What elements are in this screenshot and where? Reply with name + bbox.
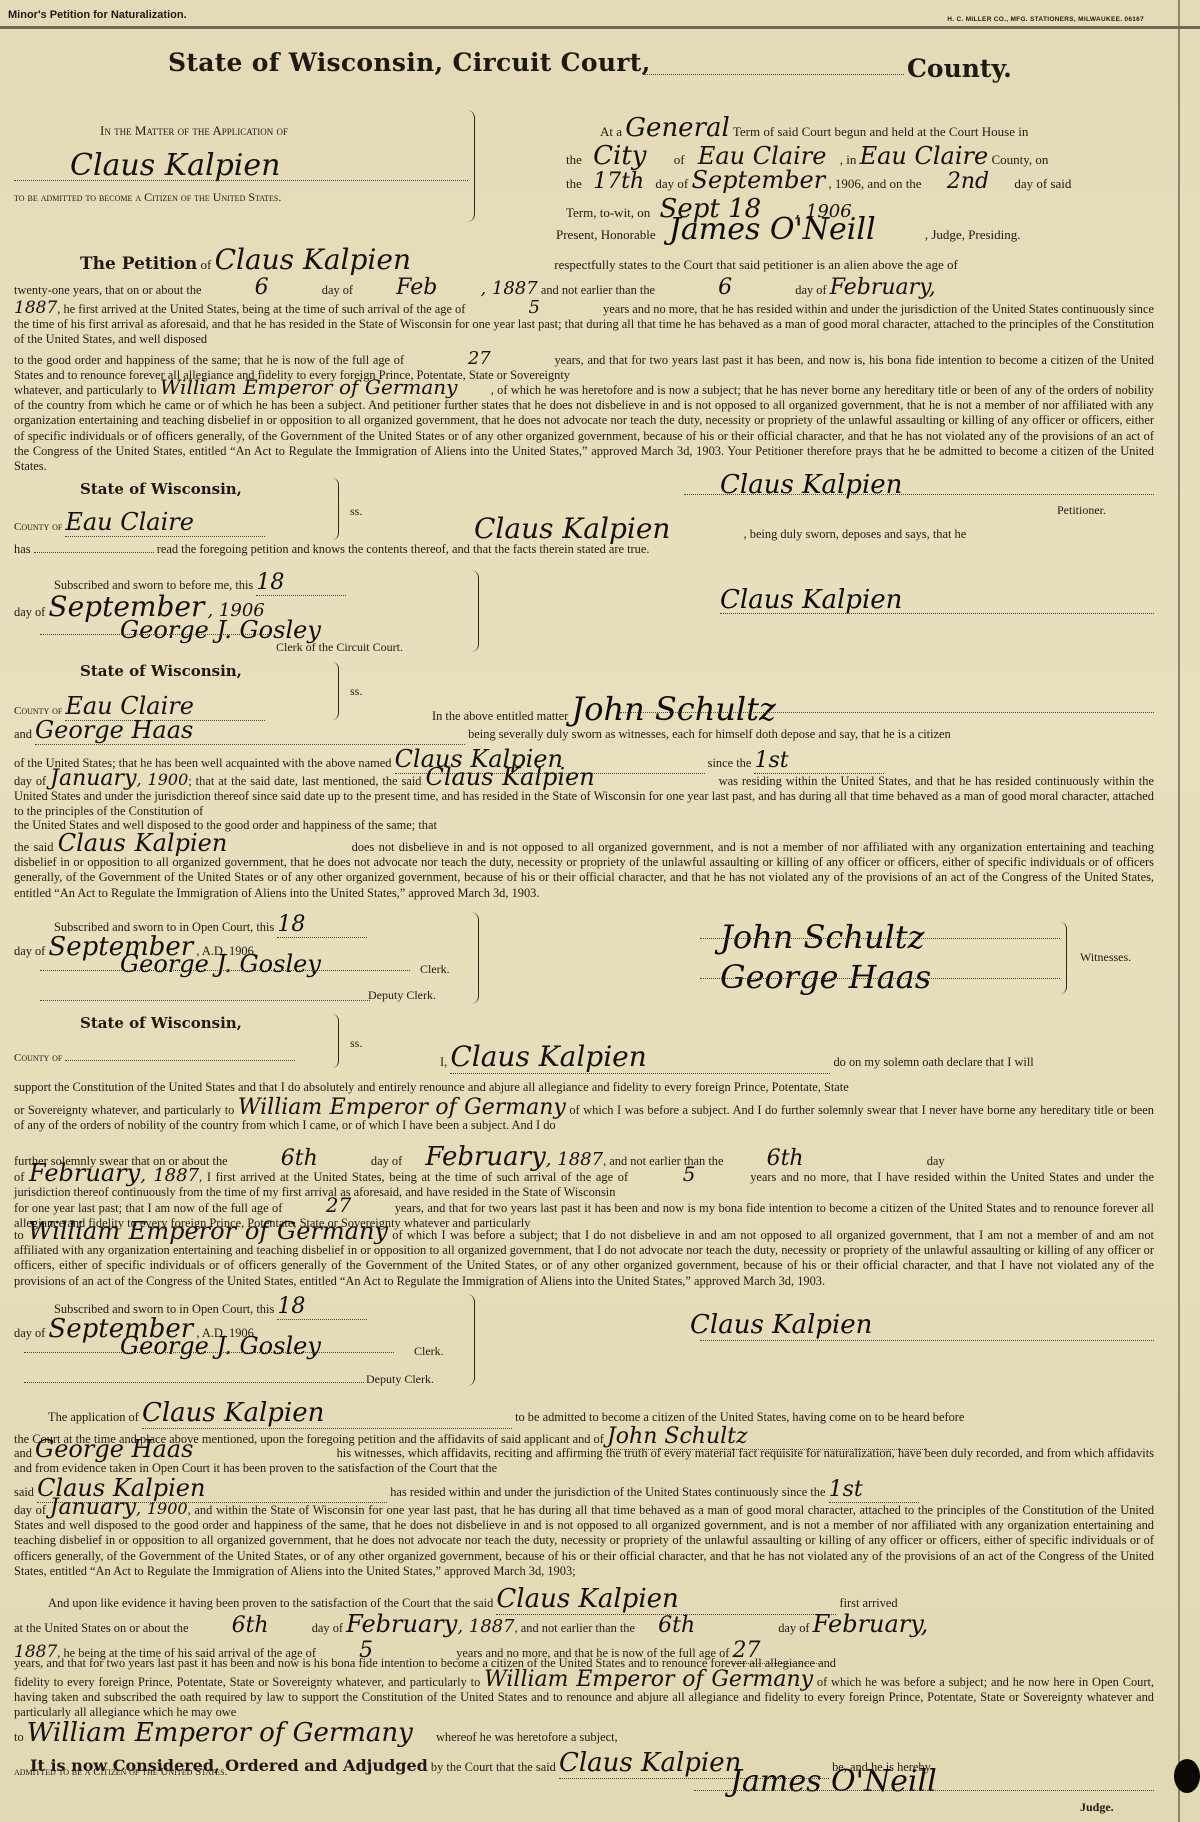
page-edge: [1178, 0, 1180, 1822]
petition-body-3: whatever, and particularly to William Em…: [14, 380, 1154, 474]
read-line: has read the foregoing petition and know…: [14, 542, 649, 557]
petition-lead: The Petition of Claus Kalpien respectful…: [80, 243, 958, 276]
matter-label: In the Matter of the Application of: [100, 123, 288, 139]
date-line: the 17th day of September , 1906, and on…: [566, 166, 1071, 194]
petition-body-1: 1887, he first arrived at the United Sta…: [14, 300, 1154, 348]
not-earlier-month: February,: [830, 275, 936, 300]
county-heading: County.: [907, 54, 1012, 83]
sworn-name: Claus Kalpien: [474, 512, 670, 545]
court-heading: State of Wisconsin, Circuit Court,: [168, 48, 651, 77]
header-rule: [0, 26, 1200, 29]
not-earlier-day: 6: [718, 275, 732, 300]
applicant-line: [14, 180, 468, 181]
clerk-label: Clerk of the Circuit Court.: [276, 640, 403, 655]
begun-day: 17th: [593, 169, 644, 194]
arrival-age: 5: [528, 297, 539, 318]
begun-month: September: [692, 166, 826, 194]
applicant-name: Claus Kalpien: [70, 148, 280, 183]
sworn-line: Claus Kalpien , being duly sworn, depose…: [474, 512, 966, 545]
term-type: General: [625, 113, 730, 143]
applicant-oath-signature: Claus Kalpien: [690, 1310, 872, 1340]
state-label: State of Wisconsin,: [80, 480, 242, 498]
admit-label: to be admitted to become a Citizen of th…: [14, 190, 281, 205]
punch-hole: [1174, 1759, 1200, 1793]
witness2-signature: George Haas: [720, 958, 931, 996]
witnesses-label: Witnesses.: [1080, 950, 1131, 965]
caption-brace: [466, 110, 475, 222]
county-blank: [644, 74, 904, 75]
judge-line: Present, Honorable James O'Neill , Judge…: [556, 212, 1156, 247]
current-age: 27: [468, 348, 491, 369]
petitioner-signature-2: Claus Kalpien: [720, 585, 902, 615]
sovereign: William Emperor of Germany: [160, 375, 458, 399]
arrival-day: 6: [255, 275, 269, 300]
county-line: County of Eau Claire: [14, 508, 265, 537]
term-day: 2nd: [947, 169, 989, 194]
witness2-name: George Haas: [35, 716, 465, 745]
judge-name: James O'Neill: [669, 212, 876, 247]
term-line: At a General Term of said Court begun an…: [600, 113, 1028, 143]
petitioner-signature: Claus Kalpien: [720, 470, 902, 500]
judge-label: Judge.: [1080, 1800, 1114, 1815]
naturalization-document: Minor's Petition for Naturalization. H. …: [0, 0, 1200, 1822]
petitioner-label: Petitioner.: [1057, 503, 1106, 518]
arrival-month: Feb: [396, 275, 437, 300]
verification-county: Eau Claire: [65, 508, 265, 537]
venue-brace: [332, 478, 339, 540]
petition-arrival-line: twenty-one years, that on or about the 6…: [14, 275, 936, 300]
oath-name: Claus Kalpien: [450, 1040, 830, 1074]
witness1-signature: John Schultz: [720, 918, 925, 956]
petitioner-name: Claus Kalpien: [215, 243, 411, 276]
judge-signature: James O'Neill: [730, 1764, 937, 1799]
printer-imprint: H. C. MILLER CO., MFG. STATIONERS, MILWA…: [947, 16, 1144, 23]
form-title: Minor's Petition for Naturalization.: [8, 9, 187, 21]
